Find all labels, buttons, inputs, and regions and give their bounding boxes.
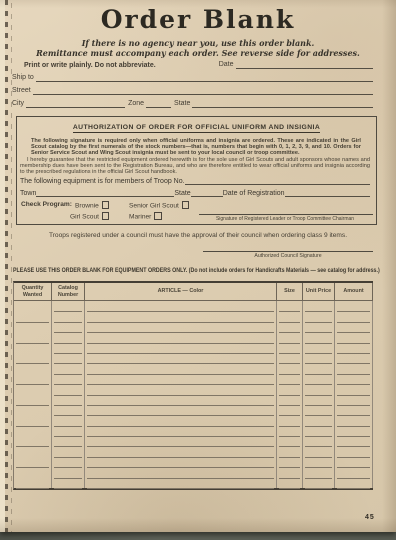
order-table-cell	[303, 478, 335, 488]
order-table-cell	[303, 457, 335, 467]
order-table-cell	[85, 395, 277, 405]
order-table-cell	[335, 374, 373, 384]
writing-line	[16, 488, 49, 489]
order-table-cell	[14, 457, 52, 467]
order-table-cell	[14, 343, 52, 353]
binding-stitches-icon	[5, 0, 8, 532]
equipment-orders-notice: PLEASE USE THIS ORDER BLANK FOR EQUIPMEN…	[13, 267, 380, 274]
order-table-cell	[52, 436, 85, 446]
order-table-cell	[277, 343, 303, 353]
order-table-cell	[335, 332, 373, 342]
order-table-cell	[335, 467, 373, 477]
writing-line	[337, 488, 370, 489]
order-table-cell	[14, 426, 52, 436]
order-table-cell	[335, 384, 373, 394]
order-table-cell	[85, 415, 277, 425]
order-table-header-cell: Size	[277, 283, 303, 300]
order-table-cell	[277, 363, 303, 373]
order-table-cell	[303, 405, 335, 415]
zone-field	[146, 99, 171, 108]
order-table-cell	[14, 311, 52, 321]
city-row: City Zone State	[12, 99, 373, 108]
order-table-cell	[85, 363, 277, 373]
auth-state-field	[191, 188, 223, 197]
order-table-cell	[85, 405, 277, 415]
order-table-cell	[85, 446, 277, 456]
order-table-cell	[14, 478, 52, 488]
order-table-cell	[277, 467, 303, 477]
order-table-cell	[52, 301, 85, 311]
order-table-cell	[303, 446, 335, 456]
order-table-cell	[303, 426, 335, 436]
order-table-cell	[52, 374, 85, 384]
program-brownie-label: Brownie	[75, 203, 99, 210]
order-table-cell	[277, 374, 303, 384]
order-table-cell	[277, 311, 303, 321]
subtitle-line-1: If there is no agency near you, use this…	[0, 38, 396, 48]
council-signature-line	[203, 243, 373, 252]
photo-background: Order Blank If there is no agency near y…	[0, 0, 396, 540]
writing-line	[279, 488, 300, 489]
order-table-header-cell: Catalog Number	[52, 283, 85, 300]
order-table-cell	[14, 332, 52, 342]
troop-number-row: The following equipment is for members o…	[20, 176, 370, 185]
order-table-cell	[14, 405, 52, 415]
program-brownie: Brownie	[75, 201, 109, 210]
town-state-registration-row: Town State Date of Registration	[20, 188, 370, 197]
order-table-cell	[14, 384, 52, 394]
order-table-cell	[52, 311, 85, 321]
order-table-blank-row	[14, 467, 373, 477]
order-table-blank-row	[14, 395, 373, 405]
order-table-blank-row	[14, 415, 373, 425]
order-table-blank-row	[14, 405, 373, 415]
order-table-cell	[277, 415, 303, 425]
check-program-label: Check Program:	[21, 201, 72, 208]
instruction-date-row: Print or write plainly. Do not abbreviat…	[24, 60, 373, 69]
page-number: 45	[365, 514, 375, 521]
order-table-cell	[14, 467, 52, 477]
state-field	[192, 99, 373, 108]
order-table: Quantity WantedCatalog NumberARTICLE — C…	[13, 281, 373, 490]
order-table-cell	[85, 436, 277, 446]
order-table-header-cell: Amount	[335, 283, 373, 300]
program-girl-scout-label: Girl Scout	[70, 214, 99, 221]
council-approval-note: Troops registered under a council must h…	[0, 232, 396, 239]
order-table-cell	[52, 478, 85, 488]
order-table-cell	[52, 405, 85, 415]
order-table-cell	[52, 395, 85, 405]
council-signature-caption: Authorized Council Signature	[203, 253, 373, 259]
order-table-cell	[303, 311, 335, 321]
program-senior-label: Senior Girl Scout	[129, 203, 179, 210]
order-table-cell	[52, 353, 85, 363]
order-table-cell	[335, 311, 373, 321]
program-senior: Senior Girl Scout	[129, 201, 189, 210]
order-table-cell	[277, 446, 303, 456]
order-table-cell	[14, 446, 52, 456]
order-table-cell	[85, 301, 277, 311]
authorization-heading-text: AUTHORIZATION OF ORDER FOR OFFICIAL UNIF…	[73, 124, 320, 133]
order-table-header-cell: Quantity Wanted	[14, 283, 52, 300]
checkbox-girl-scout	[102, 212, 110, 220]
order-table-cell	[14, 436, 52, 446]
checkbox-mariner	[154, 212, 162, 220]
town-field	[36, 188, 174, 197]
order-table-cell	[303, 467, 335, 477]
order-table-cell	[85, 478, 277, 488]
order-table-cell	[277, 395, 303, 405]
registration-date-label: Date of Registration	[223, 190, 285, 197]
street-label: Street	[12, 87, 31, 95]
program-mariner-label: Mariner	[129, 214, 151, 221]
order-table-cell	[303, 322, 335, 332]
ship-to-label: Ship to	[12, 74, 34, 82]
street-row: Street	[12, 86, 373, 95]
order-table-cell	[335, 436, 373, 446]
order-table-cell	[52, 322, 85, 332]
order-table-cell	[14, 322, 52, 332]
order-table-header-cell: ARTICLE — Color	[85, 283, 277, 300]
order-table-cell	[85, 332, 277, 342]
order-table-cell	[335, 415, 373, 425]
writing-line	[305, 488, 332, 489]
program-girl-scout: Girl Scout	[70, 212, 109, 221]
order-table-cell	[335, 322, 373, 332]
order-table-cell	[277, 436, 303, 446]
authorization-box: AUTHORIZATION OF ORDER FOR OFFICIAL UNIF…	[16, 116, 377, 225]
city-label: City	[12, 100, 24, 108]
order-table-header: Quantity WantedCatalog NumberARTICLE — C…	[14, 283, 373, 301]
troop-number-label: The following equipment is for members o…	[20, 178, 185, 185]
order-table-cell	[277, 322, 303, 332]
order-table-cell	[52, 415, 85, 425]
order-table-blank-row	[14, 343, 373, 353]
order-table-cell	[14, 374, 52, 384]
date-label: Date	[219, 61, 234, 69]
order-table-cell	[335, 446, 373, 456]
checkbox-senior-girl-scout	[182, 201, 190, 209]
troop-number-field	[185, 176, 370, 185]
order-table-cell	[303, 395, 335, 405]
order-table-cell	[335, 457, 373, 467]
registration-date-field	[285, 188, 370, 197]
writing-line	[87, 488, 274, 489]
order-table-blank-row	[14, 457, 373, 467]
order-table-blank-row	[14, 363, 373, 373]
checkbox-brownie	[102, 201, 110, 209]
order-table-cell	[14, 415, 52, 425]
order-table-blank-row	[14, 353, 373, 363]
order-table-cell	[303, 384, 335, 394]
ship-to-field	[36, 73, 373, 82]
order-table-blank-row	[14, 426, 373, 436]
order-table-cell	[277, 301, 303, 311]
program-mariner: Mariner	[129, 212, 162, 221]
order-table-cell	[303, 343, 335, 353]
ship-to-row: Ship to	[12, 73, 373, 82]
leader-signature-caption: Signature of Registered Leader or Troop …	[195, 216, 375, 222]
order-table-blank-row	[14, 436, 373, 446]
order-table-cell	[14, 301, 52, 311]
order-table-cell	[303, 415, 335, 425]
order-table-cell	[335, 478, 373, 488]
order-table-cell	[335, 395, 373, 405]
order-table-cell	[52, 384, 85, 394]
order-table-cell	[335, 301, 373, 311]
authorization-heading: AUTHORIZATION OF ORDER FOR OFFICIAL UNIF…	[17, 124, 376, 131]
order-table-blank-row	[14, 478, 373, 488]
order-table-cell	[85, 311, 277, 321]
authorization-paragraph-2: I hereby guarantee that the restricted e…	[20, 157, 370, 176]
page-sheet: Order Blank If there is no agency near y…	[0, 0, 396, 532]
page-title: Order Blank	[0, 5, 396, 34]
order-table-cell	[14, 395, 52, 405]
order-table-blank-row	[14, 384, 373, 394]
order-table-cell	[277, 478, 303, 488]
order-table-cell	[85, 343, 277, 353]
subtitle-line-2: Remittance must accompany each order. Se…	[0, 48, 396, 58]
order-table-cell	[303, 436, 335, 446]
order-table-cell	[85, 353, 277, 363]
order-table-cell	[277, 353, 303, 363]
order-table-cell	[335, 363, 373, 373]
date-field	[236, 60, 373, 69]
order-table-blank-row	[14, 332, 373, 342]
order-table-cell	[52, 457, 85, 467]
order-table-cell	[303, 332, 335, 342]
order-table-cell	[85, 384, 277, 394]
town-label: Town	[20, 190, 36, 197]
order-table-cell	[52, 446, 85, 456]
writing-line	[54, 488, 82, 489]
order-table-cell	[335, 343, 373, 353]
street-field	[33, 86, 373, 95]
order-table-cell	[335, 405, 373, 415]
order-table-cell	[277, 426, 303, 436]
authorization-paragraph-1: The following signature is required only…	[31, 138, 361, 157]
order-table-blank-row	[14, 301, 373, 311]
state-label: State	[174, 100, 190, 108]
order-table-header-cell: Unit Price	[303, 283, 335, 300]
order-table-cell	[14, 353, 52, 363]
order-table-blank-row	[14, 311, 373, 321]
order-table-cell	[277, 384, 303, 394]
order-table-cell	[52, 363, 85, 373]
order-table-cell	[14, 363, 52, 373]
order-table-cell	[277, 405, 303, 415]
auth-state-label: State	[174, 190, 190, 197]
order-table-blank-row	[14, 374, 373, 384]
order-table-cell	[303, 363, 335, 373]
order-table-cell	[52, 467, 85, 477]
zone-label: Zone	[128, 100, 144, 108]
order-table-cell	[85, 426, 277, 436]
order-table-cell	[85, 322, 277, 332]
order-table-cell	[303, 374, 335, 384]
order-table-cell	[303, 353, 335, 363]
order-table-cell	[85, 467, 277, 477]
order-table-cell	[277, 457, 303, 467]
order-table-blank-row	[14, 446, 373, 456]
order-table-cell	[85, 374, 277, 384]
order-table-cell	[277, 332, 303, 342]
order-table-cell	[85, 457, 277, 467]
order-table-cell	[52, 343, 85, 353]
print-plainly-instruction: Print or write plainly. Do not abbreviat…	[24, 62, 156, 69]
order-table-body	[14, 301, 373, 488]
order-table-cell	[52, 426, 85, 436]
order-table-blank-row	[14, 322, 373, 332]
order-table-cell	[52, 332, 85, 342]
city-field	[26, 99, 125, 108]
order-table-cell	[335, 353, 373, 363]
order-table-cell	[335, 426, 373, 436]
leader-signature-line	[199, 206, 373, 215]
order-table-cell	[303, 301, 335, 311]
